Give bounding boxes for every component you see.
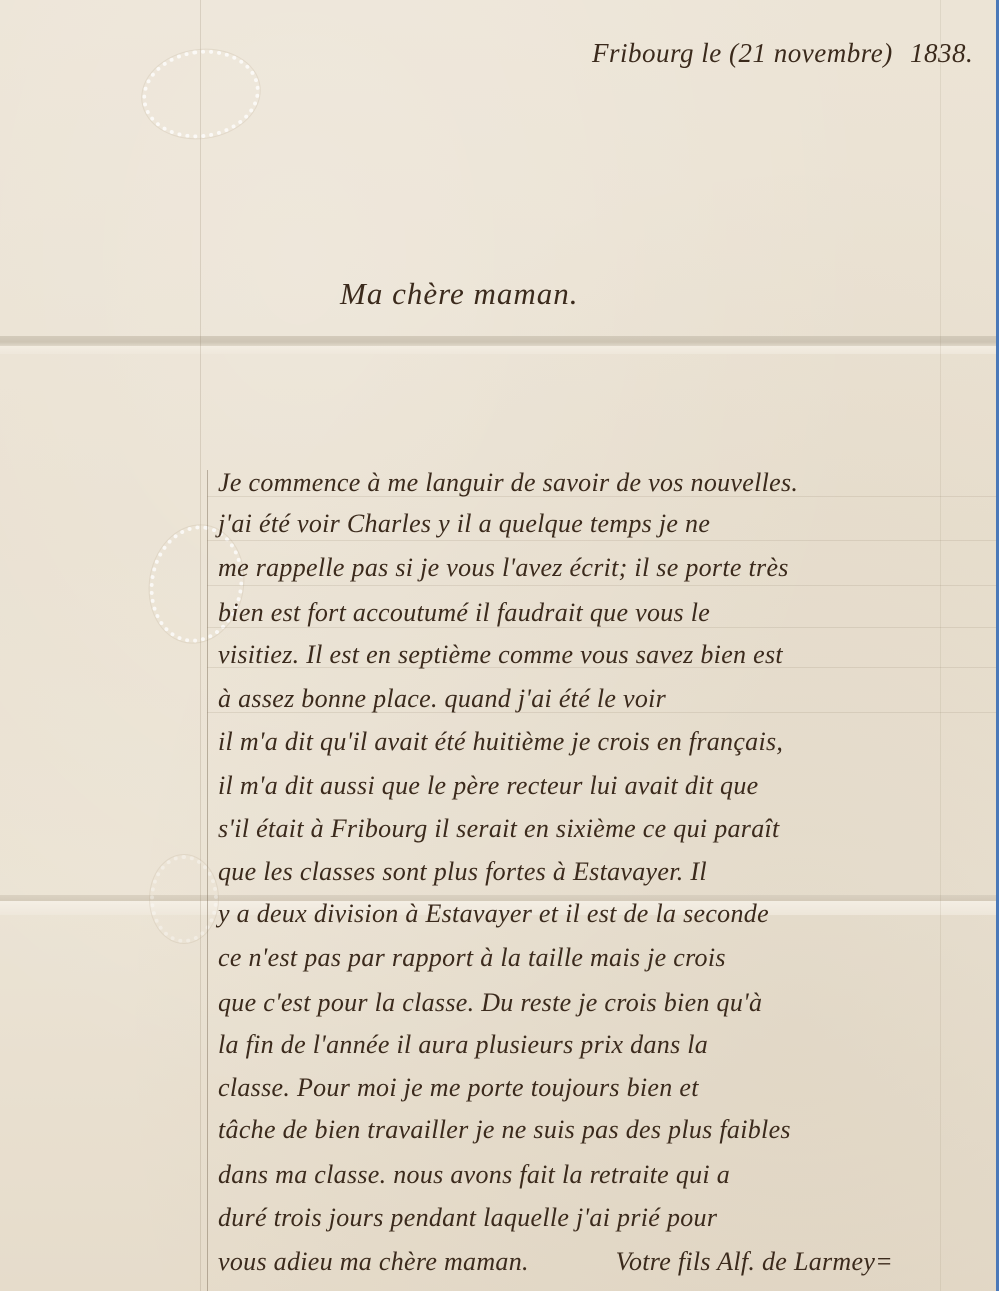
year: 1838. — [910, 38, 973, 68]
body-line: dans ma classe. nous avons fait la retra… — [218, 1160, 730, 1190]
letter-paper: Fribourg le (21 novembre) 1838. Ma chère… — [0, 0, 996, 1291]
closing-line: vous adieu ma chère maman. Votre fils Al… — [218, 1247, 893, 1277]
body-line: que les classes sont plus fortes à Estav… — [218, 857, 707, 887]
body-line: ce n'est pas par rapport à la taille mai… — [218, 943, 726, 973]
salutation: Ma chère maman. — [340, 276, 579, 312]
body-line: bien est fort accoutumé il faudrait que … — [218, 598, 710, 628]
body-line: il m'a dit aussi que le père recteur lui… — [218, 771, 758, 801]
body-line: il m'a dit qu'il avait été huitième je c… — [218, 727, 783, 757]
body-line: à assez bonne place. quand j'ai été le v… — [218, 684, 666, 714]
ruled-line — [207, 585, 996, 586]
body-line: y a deux division à Estavayer et il est … — [218, 899, 769, 929]
fold-crease-top-shadow — [0, 336, 996, 346]
body-line: duré trois jours pendant laquelle j'ai p… — [218, 1203, 717, 1233]
margin-line — [207, 470, 208, 1291]
body-line: j'ai été voir Charles y il a quelque tem… — [218, 509, 710, 539]
body-line: la fin de l'année il aura plusieurs prix… — [218, 1030, 708, 1060]
fold-crease-top-highlight — [0, 346, 996, 354]
place-date: Fribourg le (21 novembre) — [592, 38, 893, 68]
embossed-seal-mark-top — [136, 42, 265, 146]
ruled-line — [207, 540, 996, 541]
body-line: visitiez. Il est en septième comme vous … — [218, 640, 783, 670]
signature: Votre fils Alf. de Larmey= — [616, 1247, 893, 1276]
body-line: tâche de bien travailler je ne suis pas … — [218, 1115, 791, 1145]
body-line: classe. Pour moi je me porte toujours bi… — [218, 1073, 699, 1103]
date-line: Fribourg le (21 novembre) 1838. — [592, 38, 973, 69]
body-line: Je commence à me languir de savoir de vo… — [218, 468, 798, 498]
body-line: que c'est pour la classe. Du reste je cr… — [218, 988, 762, 1018]
body-line: s'il était à Fribourg il serait en sixiè… — [218, 814, 780, 844]
closing-text: vous adieu ma chère maman. — [218, 1247, 529, 1276]
vertical-fold-left — [200, 0, 201, 1291]
body-line: me rappelle pas si je vous l'avez écrit;… — [218, 553, 789, 583]
vertical-fold-right — [940, 0, 941, 1291]
